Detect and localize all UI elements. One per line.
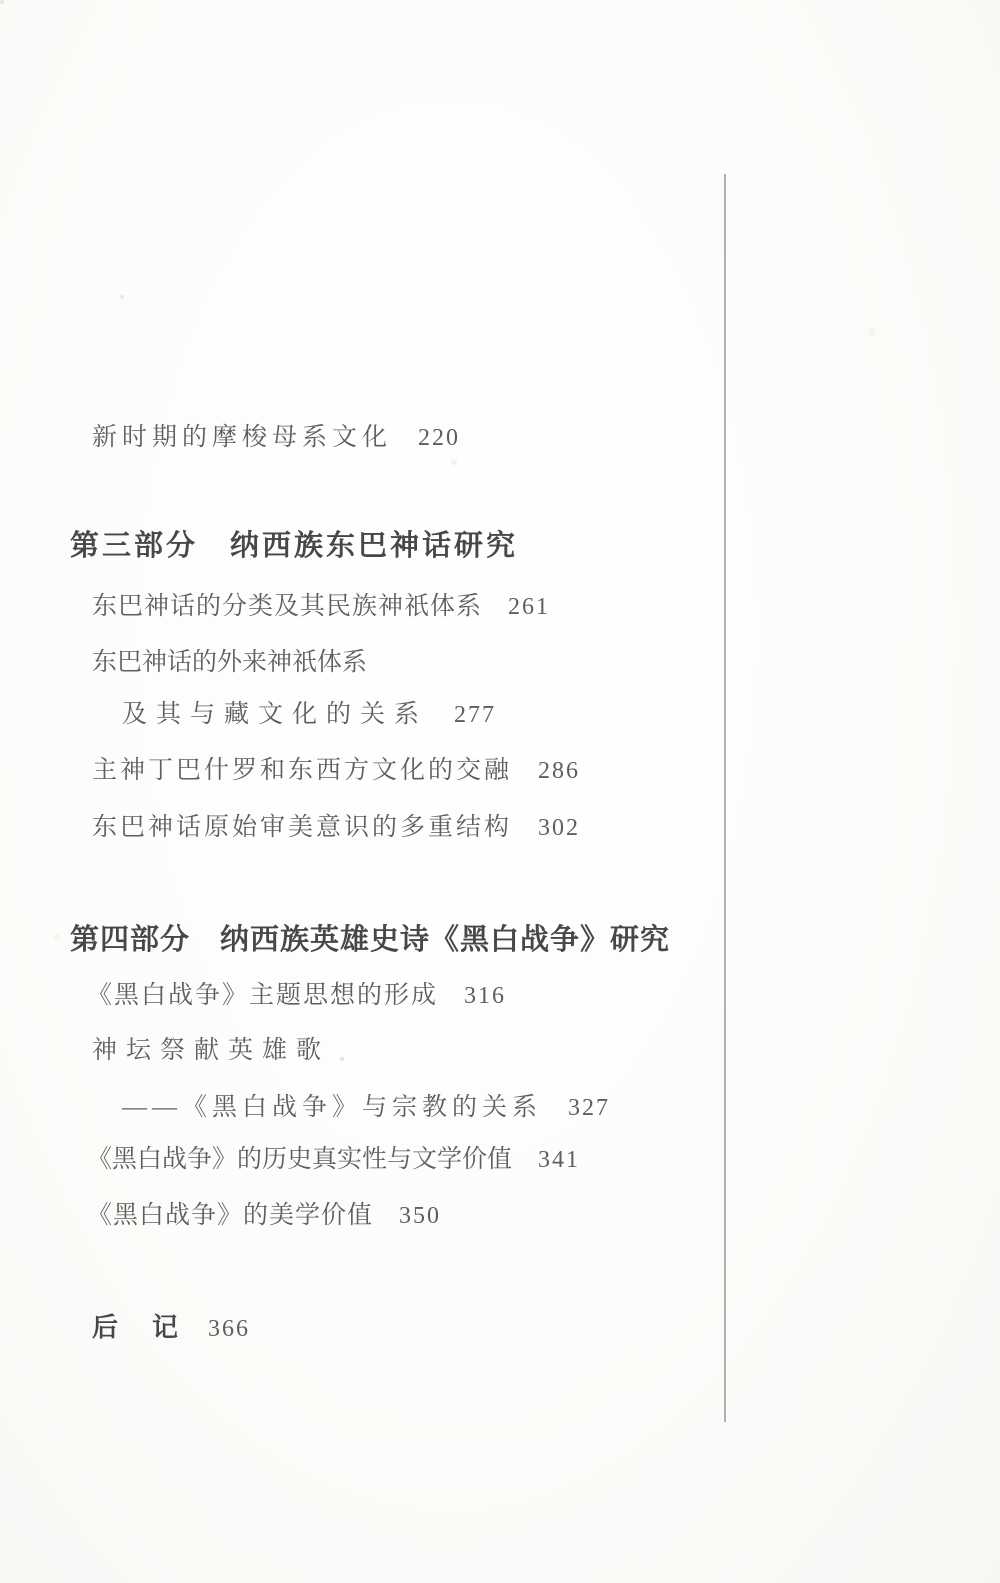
- toc-entry-title: 《黑白战争》主题思想的形成: [87, 982, 438, 1009]
- toc-page-number: 327: [568, 1095, 610, 1121]
- toc-entry: 《黑白战争》主题思想的形成316: [87, 983, 506, 1008]
- toc-entry: 《黑白战争》的历史真实性与文学价值341: [87, 1147, 580, 1172]
- toc-entry: 东巴神话原始审美意识的多重结构302: [92, 815, 580, 840]
- toc-section-heading: 第四部分 纳西族英雄史诗《黑白战争》研究: [70, 925, 670, 954]
- toc-entry: 新时期的摩梭母系文化220: [92, 425, 460, 450]
- toc-page-number: 366: [208, 1316, 250, 1342]
- toc-entry-title: 后 记: [92, 1313, 182, 1343]
- toc-page-number: 286: [538, 758, 580, 784]
- toc-section-heading: 第三部分 纳西族东巴神话研究: [70, 531, 518, 560]
- table-of-contents: 新时期的摩梭母系文化220第三部分 纳西族东巴神话研究东巴神话的分类及其民族神祇…: [0, 0, 1000, 1583]
- toc-page-number: 316: [464, 983, 506, 1009]
- toc-entry-title: 东巴神话的分类及其民族神祇体系: [92, 593, 482, 620]
- toc-entry: 东巴神话的分类及其民族神祇体系261: [92, 594, 550, 619]
- toc-entry-title: 第三部分 纳西族东巴神话研究: [70, 528, 518, 562]
- toc-entry-title: 东巴神话原始审美意识的多重结构: [92, 814, 512, 841]
- toc-page-number: 261: [508, 594, 550, 620]
- toc-entry-title: 《黑白战争》的历史真实性与文学价值: [87, 1146, 512, 1173]
- toc-entry: 主神丁巴什罗和东西方文化的交融286: [92, 758, 580, 783]
- toc-entry: 后 记366: [92, 1315, 250, 1341]
- book-page: 新时期的摩梭母系文化220第三部分 纳西族东巴神话研究东巴神话的分类及其民族神祇…: [0, 0, 1000, 1583]
- toc-entry-title: 《黑白战争》的美学价值: [87, 1202, 373, 1229]
- toc-entry-title: 及其与藏文化的关系: [122, 701, 428, 728]
- toc-entry-title: 主神丁巴什罗和东西方文化的交融: [92, 757, 512, 784]
- toc-entry-title: ——《黑白战争》与宗教的关系: [122, 1094, 542, 1121]
- toc-entry: 神坛祭献英雄歌: [92, 1038, 330, 1063]
- toc-page-number: 277: [454, 702, 496, 728]
- toc-entry: 东巴神话的外来神祇体系: [92, 650, 367, 675]
- toc-page-number: 220: [418, 425, 460, 451]
- toc-entry: 及其与藏文化的关系277: [122, 702, 496, 727]
- toc-entry-title: 神坛祭献英雄歌: [92, 1037, 330, 1064]
- toc-entry: 《黑白战争》的美学价值350: [87, 1203, 441, 1228]
- toc-page-number: 350: [399, 1203, 441, 1229]
- toc-entry-title: 新时期的摩梭母系文化: [92, 424, 392, 451]
- toc-entry-title: 第四部分 纳西族英雄史诗《黑白战争》研究: [70, 922, 670, 956]
- toc-entry: ——《黑白战争》与宗教的关系327: [122, 1095, 610, 1120]
- toc-page-number: 341: [538, 1147, 580, 1173]
- toc-entry-title: 东巴神话的外来神祇体系: [92, 649, 367, 676]
- toc-page-number: 302: [538, 815, 580, 841]
